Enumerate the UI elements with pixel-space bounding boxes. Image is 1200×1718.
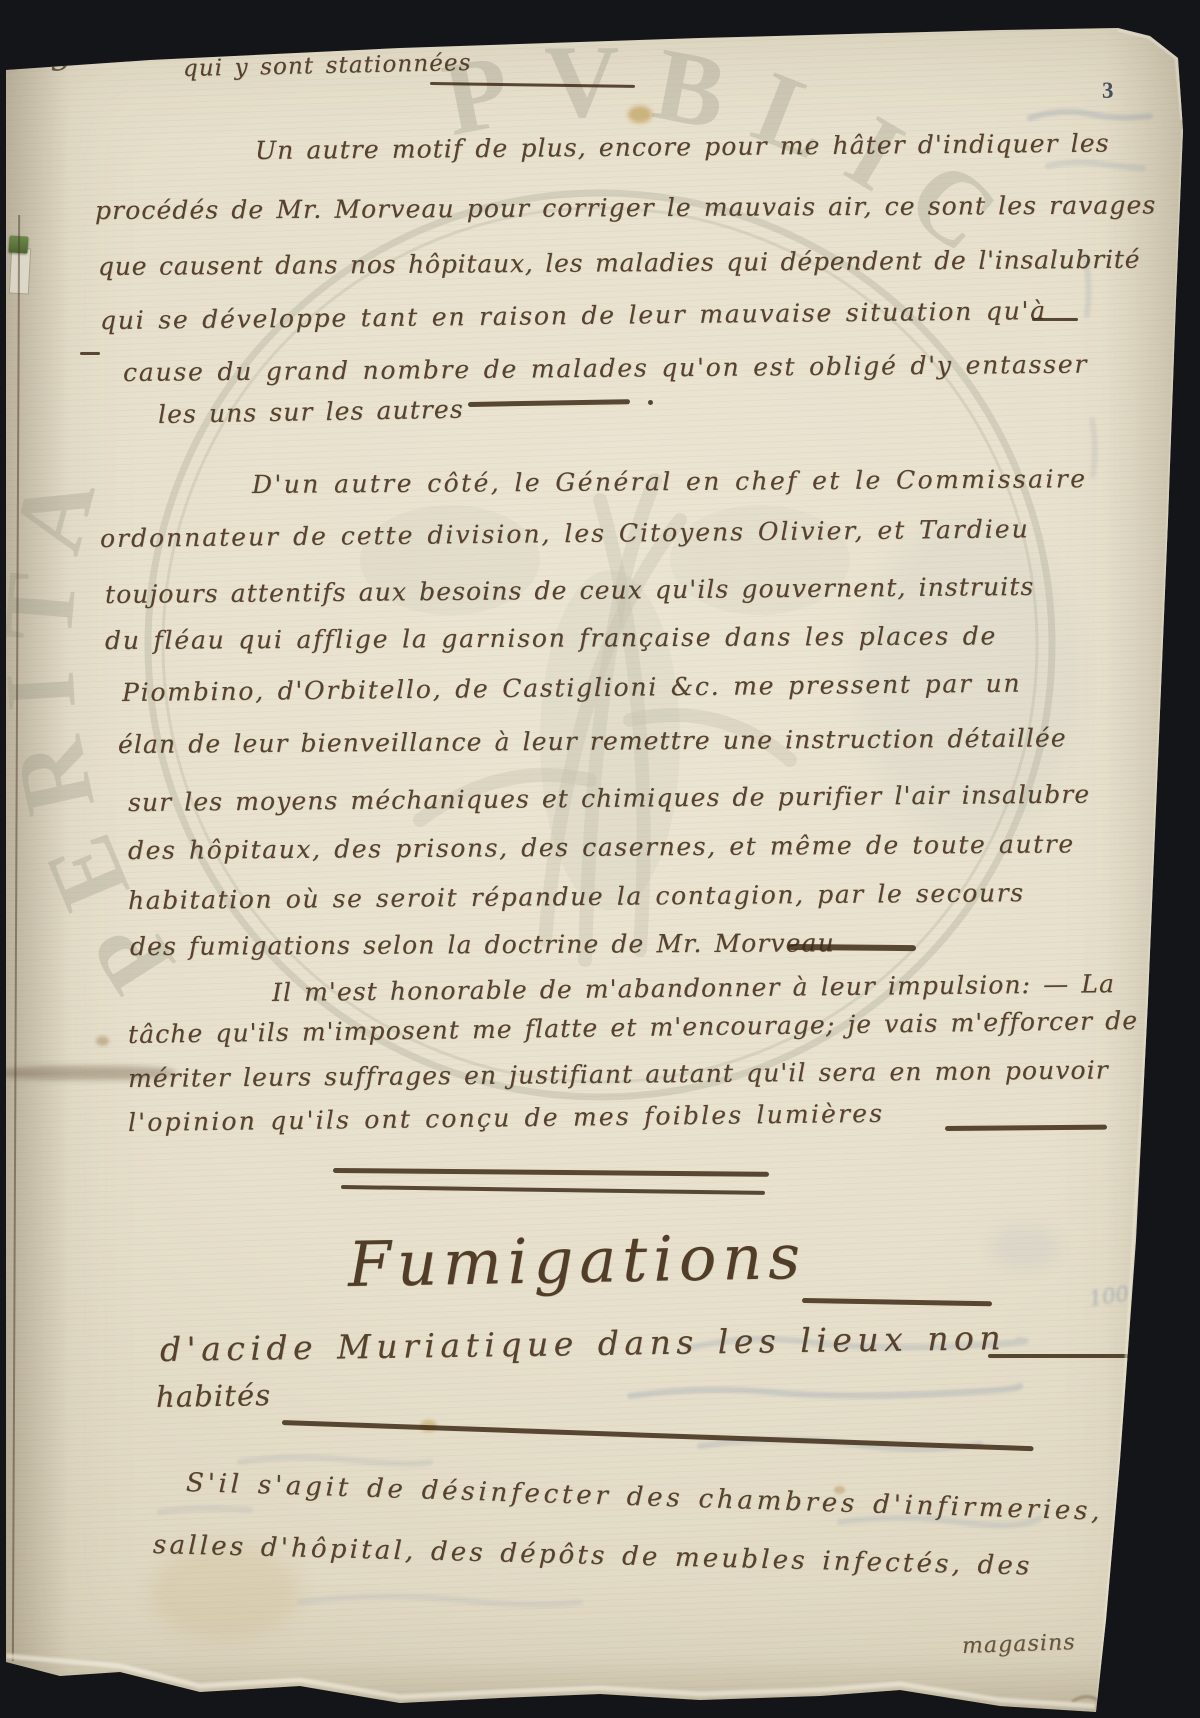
paper-sheet: PERITA PVBLIC (0, 0, 1200, 1718)
torn-edge-highlight (0, 0, 1200, 1718)
scanned-manuscript-page: PERITA PVBLIC (0, 0, 1200, 1718)
